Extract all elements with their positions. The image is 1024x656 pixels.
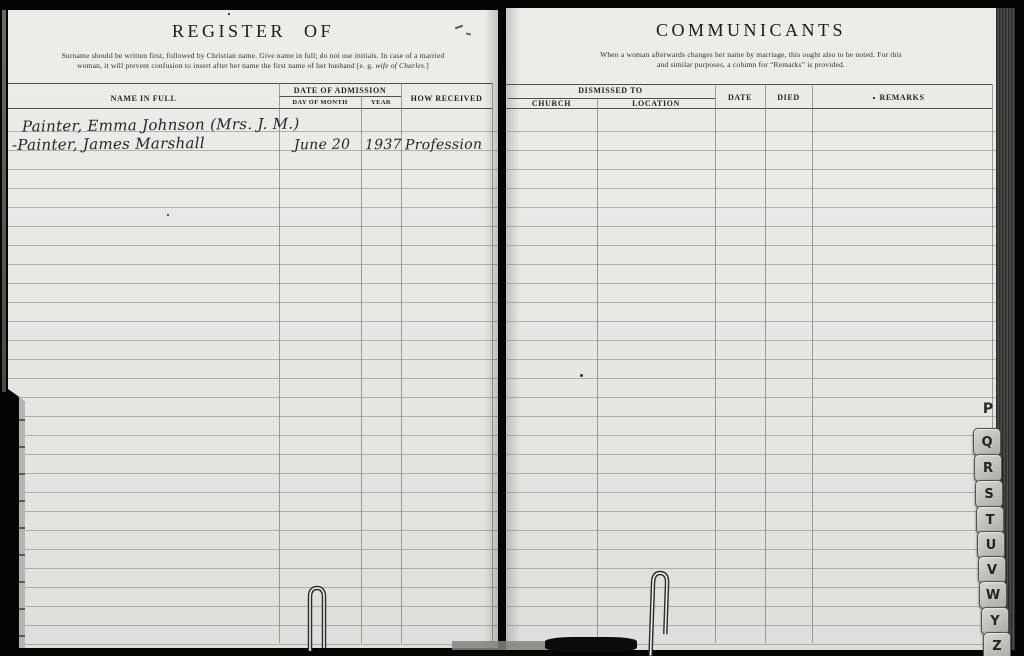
index-tab-z[interactable]: Z [983, 632, 1011, 656]
tab-letter: Q [981, 435, 992, 450]
book-cover-edge-left [2, 10, 6, 392]
left-instructions-line2: woman, it will prevent confusion to inse… [23, 61, 483, 71]
left-instructions-line2-post: ] [426, 61, 429, 70]
col-remarks: REMARKS [812, 89, 992, 105]
ink-speck [580, 374, 583, 377]
ink-speck [228, 13, 230, 15]
tab-letter: V [987, 563, 997, 578]
col-day-of-month: DAY OF MONTH [279, 97, 361, 108]
index-tab-t[interactable]: T [976, 506, 1004, 534]
scanned-register-spread: REGISTER OF Surname should be written fi… [0, 0, 1024, 656]
index-tab-q[interactable]: Q [973, 428, 1001, 456]
left-instructions-line2-pre: woman, it will prevent confusion to inse… [77, 61, 375, 70]
ink-speck [167, 214, 169, 216]
entry-day-2: June 20 [294, 137, 350, 154]
tab-letter: Z [992, 639, 1001, 654]
paperclip-right [644, 570, 675, 656]
tab-letter: T [986, 513, 995, 528]
col-church: CHURCH [506, 98, 597, 109]
index-tab-v[interactable]: V [978, 556, 1006, 584]
ruled-lines-right [506, 113, 996, 646]
tab-letter: P [983, 401, 993, 417]
binding-stitch-edge [19, 394, 26, 648]
right-instructions-line2: and similar purposes, a column for “Rema… [541, 60, 961, 70]
ruled-lines-left [8, 113, 498, 646]
col-year: YEAR [361, 97, 401, 108]
col-date-of-admission: DATE OF ADMISSION [279, 85, 401, 96]
paperclip-left [304, 585, 330, 651]
register-left-page: REGISTER OF Surname should be written fi… [8, 10, 498, 648]
index-tab-y[interactable]: Y [981, 607, 1009, 635]
tab-letter: R [983, 461, 993, 476]
entry-name-1: Painter, Emma Johnson (Mrs. J. M.) [22, 115, 300, 136]
header-top-line [8, 83, 492, 84]
header-bottom-line [8, 108, 492, 109]
gutter-shadow [452, 641, 548, 650]
col-dismissed-to: DISMISSED TO [506, 85, 715, 96]
entry-name-2: -Painter, James Marshall [12, 134, 205, 154]
col-date: DATE [715, 89, 765, 105]
index-tab-s[interactable]: S [975, 480, 1003, 508]
index-tab-p[interactable]: P [975, 396, 1001, 422]
index-tab-u[interactable]: U [977, 531, 1005, 559]
index-tab-r[interactable]: R [974, 454, 1002, 482]
index-tab-w[interactable]: W [979, 581, 1007, 609]
col-died: DIED [765, 89, 812, 105]
page-title-right: COMMUNICANTS [506, 20, 996, 41]
col-how-received: HOW RECEIVED [401, 89, 492, 107]
tab-letter: W [986, 588, 1000, 603]
col-name-in-full: NAME IN FULL [8, 89, 279, 107]
gutter-dark-blob [545, 637, 637, 652]
entry-how-2: Profession [405, 137, 482, 154]
col-location: LOCATION [597, 98, 715, 109]
left-instructions: Surname should be written first, followe… [23, 51, 483, 70]
page-title-left: REGISTER OF [8, 21, 498, 42]
right-instructions: When a woman afterwards changes her name… [541, 50, 961, 69]
right-instructions-line1: When a woman afterwards changes her name… [541, 50, 961, 60]
register-right-page: COMMUNICANTS When a woman afterwards cha… [506, 8, 996, 650]
left-instructions-line2-italic: wife of Charles. [375, 61, 426, 70]
left-instructions-line1: Surname should be written first, followe… [23, 51, 483, 61]
table-right-border [492, 83, 493, 643]
tab-letter: S [984, 487, 993, 502]
tab-letter: U [986, 538, 997, 553]
ink-speck [873, 97, 875, 99]
tab-letter: Y [990, 614, 999, 629]
entry-year-2: 1937 [365, 137, 402, 153]
